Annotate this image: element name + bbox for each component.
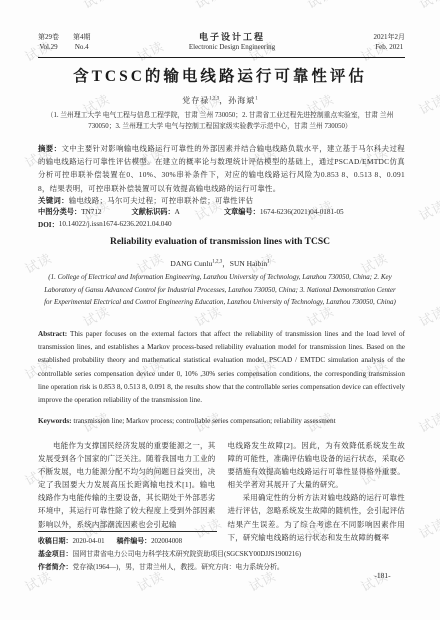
abstract-cn-label: 摘要： (38, 144, 61, 153)
body-paragraph: 采用确定性的分析方法对输电线路的运行可靠性进行评估，忽略系统发生故障的随机性，会… (228, 491, 406, 543)
author-cn-1: 党存禄 (182, 96, 209, 105)
author-cn-1-sup: 1,2,3 (209, 96, 219, 101)
affiliation-en: (1. College of Electrical and Informatio… (44, 271, 396, 309)
paper-title-cn: 含TCSC的输电线路运行可靠性评估 (0, 64, 440, 86)
author-en-2: SUN Haibin (230, 259, 267, 268)
body-column-right: 电线路发生故障[2]。因此，为有效降低系统发生故障的可能性，准确评估输电设备的运… (228, 439, 406, 544)
doi-label: DOI： (38, 220, 59, 230)
abstract-en-label: Abstract: (38, 330, 67, 338)
keywords-en: Keywords: transmission line; Markov proc… (38, 417, 405, 425)
header-date: 2021年2月 Feb. 2021 (374, 33, 406, 52)
body-columns: 电能作为支撑国民经济发展的重要能源之一，其发展受到各个国家的广泛关注。随着我国电… (38, 439, 405, 544)
paper-page: 试读试读试读试读试读试读试读试读试读试读试读试读试读试读试读试读试读试读试读试读… (0, 0, 440, 620)
journal-header: 第29卷 Vol.29 第4期 No.4 电子设计工程 Electronic D… (38, 33, 405, 52)
author-separator: ， (219, 96, 228, 105)
abstract-en: Abstract: This paper focuses on the exte… (38, 328, 405, 407)
journal-name-en: Electronic Design Engineering (189, 43, 275, 53)
affiliation-cn: （1. 兰州理工大学 电气工程与信息工程学院，甘肃 兰州 730050；2. 甘… (41, 110, 399, 132)
volume-cn: 第29卷 (38, 33, 59, 43)
footnote-manuscript-no: 稿件编号：202004008 (117, 535, 182, 545)
abstract-cn: 摘要：文中主要针对影响输电线路运行可靠性的外部因素并结合输电线路负载水平，建立基… (38, 142, 405, 195)
header-journal-name: 电子设计工程 Electronic Design Engineering (189, 33, 275, 52)
doi-line: DOI：10.14022/j.issn1674-6236.2021.04.040 (38, 220, 405, 230)
keywords-cn-text: 输电线路；马尔可夫过程；可控串联补偿；可靠性评估 (69, 196, 254, 205)
footnote-received: 收稿日期：2020-04-01 稿件编号：202004008 (38, 535, 238, 545)
body-paragraph: 电能作为支撑国民经济发展的重要能源之一，其发展受到各个国家的广泛关注。随着我国电… (38, 439, 216, 531)
footnote-rule (38, 531, 217, 532)
volume-en: Vol.29 (38, 43, 59, 53)
date-cn: 2021年2月 (374, 33, 406, 43)
abstract-cn-text: 文中主要针对影响输电线路运行可靠性的外部因素并结合输电线路负载水平，建立基于马尔… (38, 144, 405, 193)
body-column-left: 电能作为支撑国民经济发展的重要能源之一，其发展受到各个国家的广泛关注。随着我国电… (38, 439, 216, 544)
date-en: Feb. 2021 (374, 43, 406, 53)
authors-cn: 党存禄1,2,3，孙海斌1 (0, 95, 440, 106)
document-code: 文献标识码：A (132, 207, 180, 217)
keywords-cn-label: 关键词： (38, 196, 69, 205)
abstract-en-text: This paper focuses on the external facto… (38, 330, 405, 404)
authors-en: DANG Cunlu1,2,3，SUN Haibin1 (0, 258, 440, 269)
footnote-fund: 基金项目：国网甘肃省电力公司电力科学技术研究院资助项目(SGCSKY00DJJS… (38, 548, 405, 558)
header-rule (38, 57, 405, 58)
issue-en: No.4 (73, 43, 91, 53)
author-en-separator: ， (222, 259, 230, 268)
header-volume-issue: 第29卷 Vol.29 第4期 No.4 (38, 33, 91, 52)
author-cn-2: 孙海斌 (228, 96, 255, 105)
author-en-1: DANG Cunlu (170, 259, 212, 268)
doi-value: 10.14022/j.issn1674-6236.2021.04.040 (59, 220, 172, 230)
journal-name-cn: 电子设计工程 (189, 33, 275, 43)
paper-title-en: Reliability evaluation of transmission l… (0, 237, 440, 247)
page-number: -181- (360, 571, 405, 580)
author-en-2-sup: 1 (267, 260, 270, 265)
keywords-cn: 关键词：输电线路；马尔可夫过程；可控串联补偿；可靠性评估 (38, 195, 405, 206)
body-paragraph: 电线路发生故障[2]。因此，为有效降低系统发生故障的可能性，准确评估输电设备的运… (228, 439, 406, 491)
article-id: 文章编号：1674-6236(2021)04-0181-05 (224, 207, 344, 217)
keywords-en-label: Keywords: (38, 417, 72, 425)
issue-cn: 第4期 (73, 33, 91, 43)
footnote-bio: 作者简介：党存禄(1964—)，男，甘肃兰州人，教授。研究方向：电力系统分析。 (38, 561, 405, 571)
clc-number: 中图分类号：TN712 (38, 207, 102, 217)
author-cn-2-sup: 1 (255, 96, 258, 101)
author-en-1-sup: 1,2,3 (212, 260, 222, 265)
meta-row: 中图分类号：TN712 文献标识码：A 文章编号：1674-6236(2021)… (38, 207, 405, 217)
keywords-en-text: transmission line; Markov process; contr… (72, 417, 336, 425)
